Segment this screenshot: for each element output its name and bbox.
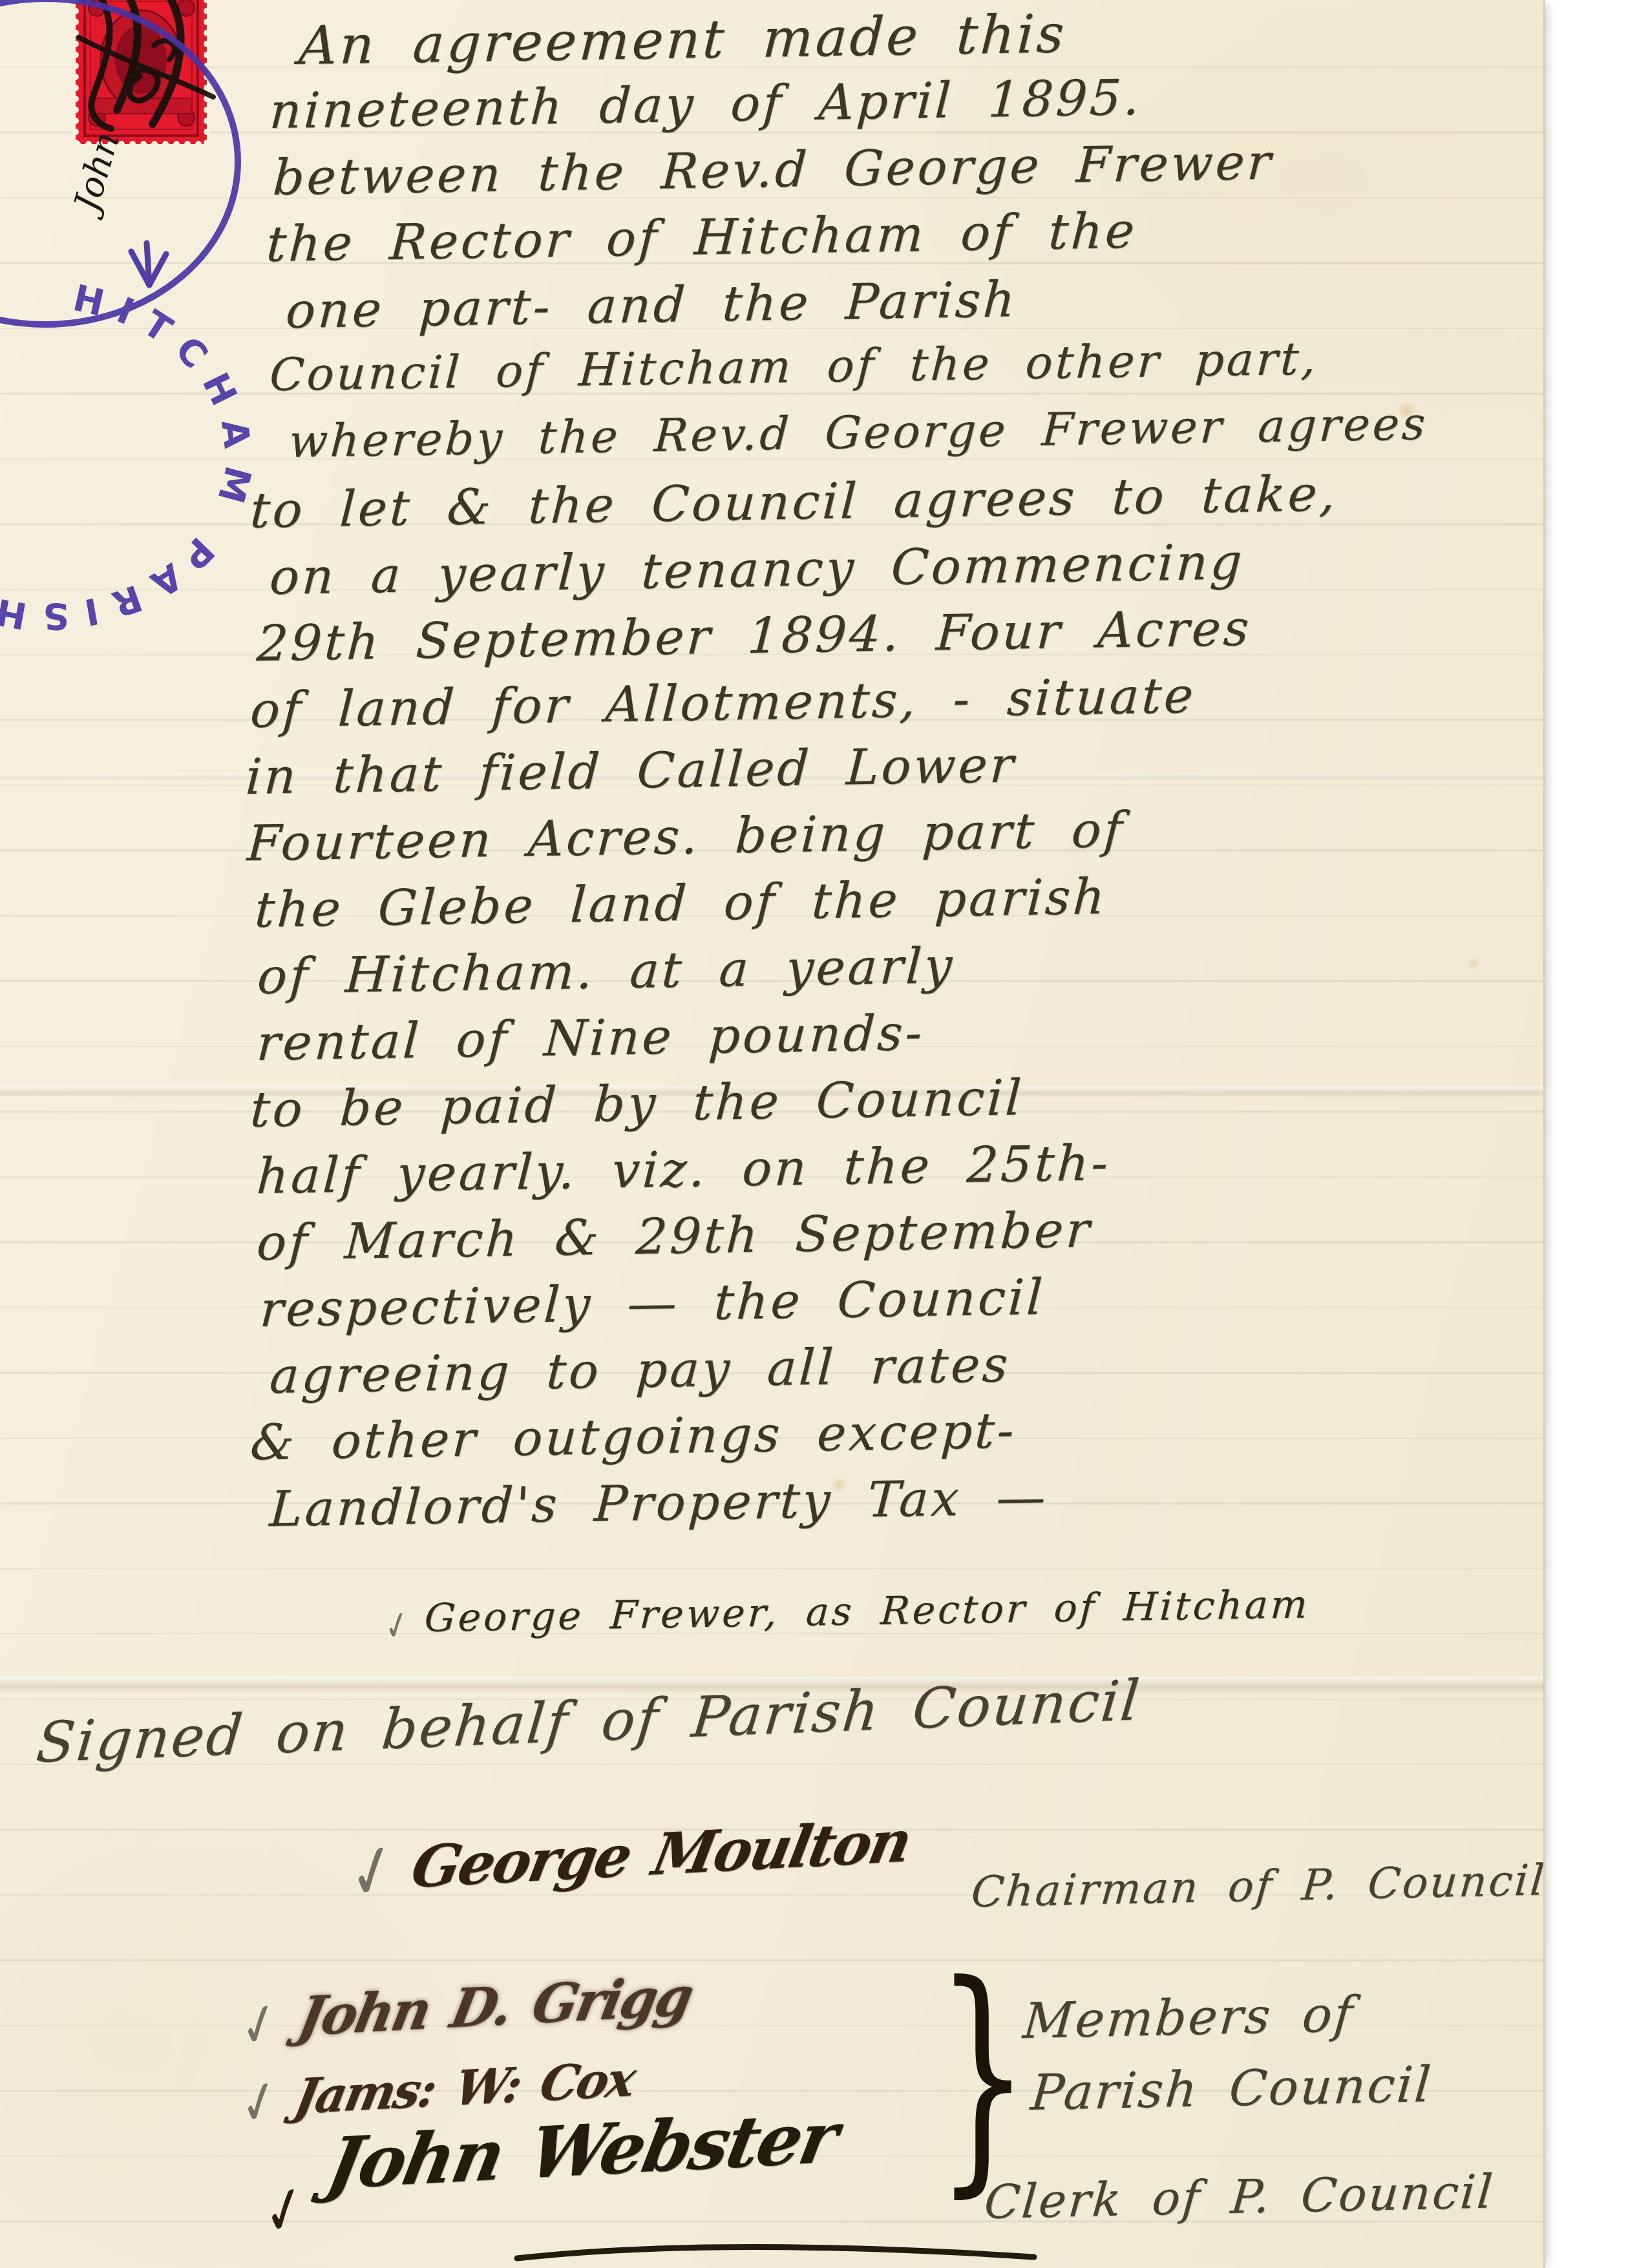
body-line: rental of Nine pounds- [255,1004,926,1072]
body-line: to be paid by the Council [249,1069,1025,1138]
members-brace: } [936,1965,1030,2186]
body-line: agreeing to pay all rates [268,1336,1012,1404]
revenue-stamp: John [64,0,213,222]
body-line: one part- and the Parish [284,271,1019,339]
clerk-title: Clerk of P. Council [982,2166,1496,2228]
signature-underline-flourish [511,2230,1041,2268]
body-line: Landlord's Property Tax — [268,1468,1050,1537]
document-paper: John HITCHAM PARISH COUNCIL An agreement… [0,0,1545,2268]
members-label: Parish Council [1029,2057,1435,2120]
parish-council-stamp: John HITCHAM PARISH COUNCIL [0,0,284,368]
body-line: An agreement made this [297,4,1068,77]
body-line: & other outgoings except- [249,1402,1018,1470]
broad-arrow-icon [131,243,166,285]
body-line: in that field Called Lower [244,736,1017,805]
body-line: of Hitcham. at a yearly [256,937,956,1004]
scanned-document-page: { "page": { "kind": "handwritten agreeme… [0,0,1648,2268]
age-spot [1467,957,1481,970]
body-line: respectively — the Council [259,1269,1046,1338]
members-label: Members of [1021,1987,1357,2048]
